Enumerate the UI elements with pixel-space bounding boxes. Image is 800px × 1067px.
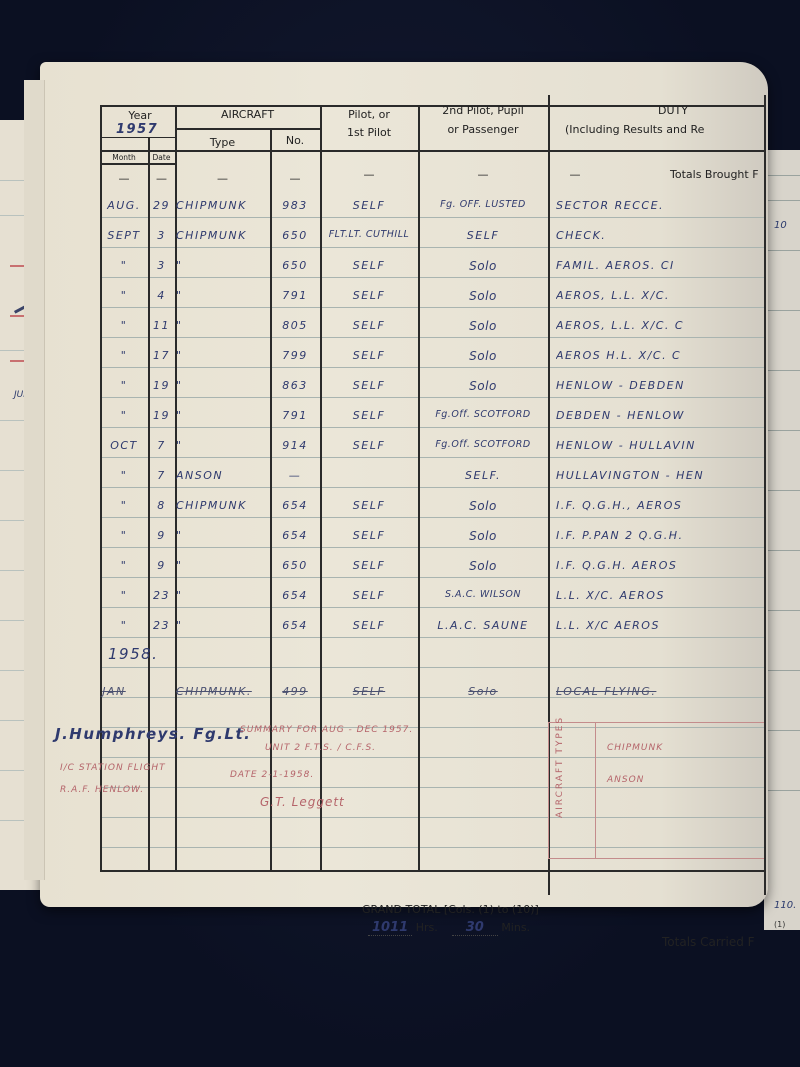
entry-second: SELF. [418, 469, 548, 482]
entry-pilot: SELF [320, 559, 418, 572]
entry-type: " [176, 529, 270, 542]
aircraft-label: AIRCRAFT [175, 107, 320, 122]
entry-duty: HENLOW - HULLAVIN [556, 439, 766, 452]
entry-month: " [100, 319, 148, 332]
page-inner-edge [24, 80, 45, 880]
aircraft-types-label: AIRCRAFT TYPES [555, 716, 565, 818]
entry-date: 7 [148, 439, 175, 452]
entry-duty: HULLAVINGTON - HEN [556, 469, 766, 482]
entry-date: 17 [148, 349, 175, 362]
second-pilot-label-2: or Passenger [418, 122, 548, 137]
entry-duty: DEBDEN - HENLOW [556, 409, 766, 422]
entry-date: 19 [148, 409, 175, 422]
totals-brought-forward: Totals Brought F [670, 167, 800, 182]
pilot-label-1: Pilot, or [320, 107, 418, 122]
entry-type: ANSON [176, 469, 270, 482]
entry-no: 791 [270, 409, 320, 422]
ruled-line [100, 667, 765, 668]
minutes-label: Mins. [501, 921, 530, 934]
duty-sub-label: (Including Results and Re [565, 122, 775, 137]
entry-pilot: SELF [320, 619, 418, 632]
entry-pilot: FLT.LT. CUTHILL [320, 229, 418, 240]
entry-pilot: SELF [320, 349, 418, 362]
entry-date: 4 [148, 289, 175, 302]
entry-pilot: SELF [320, 199, 418, 212]
entry-duty: L.L. X/C. AEROS [556, 589, 766, 602]
ruled-line [100, 217, 765, 218]
grand-total-label: GRAND TOTAL [Cols. (1) to (10)] [362, 903, 539, 916]
aircraft-types-box: AIRCRAFT TYPES CHIPMUNK ANSON [548, 722, 764, 859]
entry-date: 19 [148, 379, 175, 392]
entry-duty: SECTOR RECCE. [556, 199, 766, 212]
entry-no: 805 [270, 319, 320, 332]
entry-month: " [100, 469, 148, 482]
entry-second: Solo [418, 319, 548, 333]
entry-date: 9 [148, 559, 175, 572]
entry-no: 654 [270, 499, 320, 512]
ruled-line [100, 307, 765, 308]
entry-date: 3 [148, 229, 175, 242]
year-value: 1957 [116, 122, 158, 137]
entry-second: SELF [418, 229, 548, 242]
struck-type: CHIPMUNK. [176, 685, 270, 698]
entry-second: Solo [418, 259, 548, 273]
entry-no: — [270, 469, 320, 482]
summary-line-4: R.A.F. HENLOW. [60, 785, 144, 795]
ruled-line [100, 337, 765, 338]
entry-date: 7 [148, 469, 175, 482]
ruled-line [100, 637, 765, 638]
summary-line-1: SUMMARY FOR AUG - DEC 1957. [240, 725, 413, 735]
entry-month: " [100, 349, 148, 362]
ruled-line [100, 427, 765, 428]
struck-duty: LOCAL FLYING. [556, 685, 766, 698]
entry-no: 654 [270, 619, 320, 632]
right-underlying-page: 10 110. (1) [764, 150, 800, 930]
entry-no: 654 [270, 589, 320, 602]
entry-month: OCT [100, 439, 148, 452]
officer-signature: G.T. Leggett [260, 795, 345, 809]
entry-duty: AEROS H.L. X/C. C [556, 349, 766, 362]
ruled-line [100, 517, 765, 518]
entry-date: 9 [148, 529, 175, 542]
entry-second: Fg. OFF. LUSTED [418, 199, 548, 210]
year-label: Year [115, 108, 165, 123]
dash: — [148, 171, 175, 186]
entry-duty: FAMIL. AEROS. CI [556, 259, 766, 272]
entry-second: Solo [418, 529, 548, 543]
struck-second: Solo [418, 685, 548, 698]
ruled-line [100, 397, 765, 398]
right-value-bottom: 110. [774, 900, 796, 911]
entry-month: " [100, 499, 148, 512]
totals-carried-forward: Totals Carried F [662, 935, 755, 949]
entry-type: " [176, 349, 270, 362]
entry-second: Solo [418, 559, 548, 573]
entry-month: " [100, 409, 148, 422]
entry-pilot: SELF [320, 439, 418, 452]
dash: — [100, 171, 148, 186]
entry-no: 914 [270, 439, 320, 452]
entry-pilot: SELF [320, 589, 418, 602]
dash: — [270, 171, 320, 186]
ruled-line [100, 547, 765, 548]
entry-duty: I.F. Q.G.H., AEROS [556, 499, 766, 512]
entry-month: " [100, 589, 148, 602]
hours-label: Hrs. [416, 921, 438, 934]
aircraft-type-chipmunk: CHIPMUNK [607, 743, 663, 753]
entry-type: " [176, 409, 270, 422]
pilot-signature: J.Humphreys. Fg.Lt. [55, 725, 251, 743]
summary-line-2: UNIT 2 F.T.S. / C.F.S. [265, 743, 376, 753]
right-col-label: (1) [774, 920, 785, 929]
pilot-label-2: 1st Pilot [320, 125, 418, 140]
grand-total-values: 1011 Hrs. 30 Mins. [368, 920, 530, 935]
entry-type: " [176, 319, 270, 332]
entry-second: Solo [418, 499, 548, 513]
entry-second: Solo [418, 379, 548, 393]
entry-second: L.A.C. SAUNE [418, 619, 548, 632]
entry-type: " [176, 379, 270, 392]
date-label: Date [148, 150, 175, 165]
entry-month: " [100, 529, 148, 542]
logbook-table: Year 1957 Month Date AIRCRAFT Type No. P… [100, 95, 765, 870]
entry-date: 23 [148, 619, 175, 632]
ruled-line [100, 367, 765, 368]
entry-duty: I.F. P.PAN 2 Q.G.H. [556, 529, 766, 542]
entry-pilot: SELF [320, 529, 418, 542]
entry-duty: L.L. X/C AEROS [556, 619, 766, 632]
second-pilot-label-1: 2nd Pilot, Pupil [418, 103, 548, 118]
no-label: No. [270, 133, 320, 148]
entry-month: " [100, 259, 148, 272]
dash: — [320, 167, 418, 182]
entry-pilot: SELF [320, 499, 418, 512]
grand-total-hours: 1011 [368, 920, 412, 936]
type-label: Type [175, 135, 270, 150]
entry-date: 29 [148, 199, 175, 212]
struck-month: JAN [90, 685, 138, 698]
entry-type: " [176, 589, 270, 602]
entry-second: Solo [418, 289, 548, 303]
aircraft-type-anson: ANSON [607, 775, 644, 785]
entry-pilot: SELF [320, 379, 418, 392]
struck-pilot: SELF [320, 685, 418, 698]
dash: — [418, 167, 548, 182]
entry-date: 11 [148, 319, 175, 332]
ruled-line [100, 247, 765, 248]
entry-date: 8 [148, 499, 175, 512]
entry-type: CHIPMUNK [176, 199, 270, 212]
entry-type: " [176, 619, 270, 632]
summary-line-3-left: I/C STATION FLIGHT [60, 763, 166, 773]
ruled-line [100, 277, 765, 278]
ruled-line [100, 457, 765, 458]
entry-month: " [100, 289, 148, 302]
entry-date: 23 [148, 589, 175, 602]
entry-no: 983 [270, 199, 320, 212]
dash: — [555, 167, 595, 182]
entry-pilot: SELF [320, 319, 418, 332]
entry-duty: HENLOW - DEBDEN [556, 379, 766, 392]
duty-label: DUTY [548, 103, 798, 118]
struck-no: 499 [270, 685, 320, 698]
right-value-top: 10 [774, 220, 787, 231]
entry-type: " [176, 559, 270, 572]
entry-type: " [176, 289, 270, 302]
entry-duty: I.F. Q.G.H. AEROS [556, 559, 766, 572]
entry-type: CHIPMUNK [176, 499, 270, 512]
entry-second: S.A.C. WILSON [418, 589, 548, 600]
entry-month: " [100, 559, 148, 572]
entry-month: " [100, 379, 148, 392]
entry-duty: AEROS, L.L. X/C. [556, 289, 766, 302]
month-label: Month [100, 150, 148, 165]
summary-line-3-right: DATE 2-1-1958. [230, 770, 314, 780]
entry-no: 791 [270, 289, 320, 302]
ruled-line [100, 577, 765, 578]
dash: — [175, 171, 270, 186]
entry-second: Solo [418, 349, 548, 363]
year-1958-note: 1958. [108, 645, 158, 663]
ruled-line [100, 487, 765, 488]
entry-month: AUG. [100, 199, 148, 212]
entry-pilot: SELF [320, 289, 418, 302]
entry-type: CHIPMUNK [176, 229, 270, 242]
entry-no: 650 [270, 259, 320, 272]
ruled-line [100, 607, 765, 608]
entry-type: " [176, 259, 270, 272]
entry-duty: AEROS, L.L. X/C. C [556, 319, 766, 332]
entry-no: 650 [270, 559, 320, 572]
entry-no: 799 [270, 349, 320, 362]
entry-no: 650 [270, 229, 320, 242]
entry-second: Fg.Off. SCOTFORD [418, 439, 548, 450]
entry-no: 654 [270, 529, 320, 542]
entry-duty: CHECK. [556, 229, 766, 242]
entry-type: " [176, 439, 270, 452]
entry-month: SEPT [100, 229, 148, 242]
entry-second: Fg.Off. SCOTFORD [418, 409, 548, 420]
entry-month: " [100, 619, 148, 632]
entry-no: 863 [270, 379, 320, 392]
entry-pilot: SELF [320, 259, 418, 272]
entry-date: 3 [148, 259, 175, 272]
grand-total-minutes: 30 [452, 920, 498, 936]
entry-pilot: SELF [320, 409, 418, 422]
